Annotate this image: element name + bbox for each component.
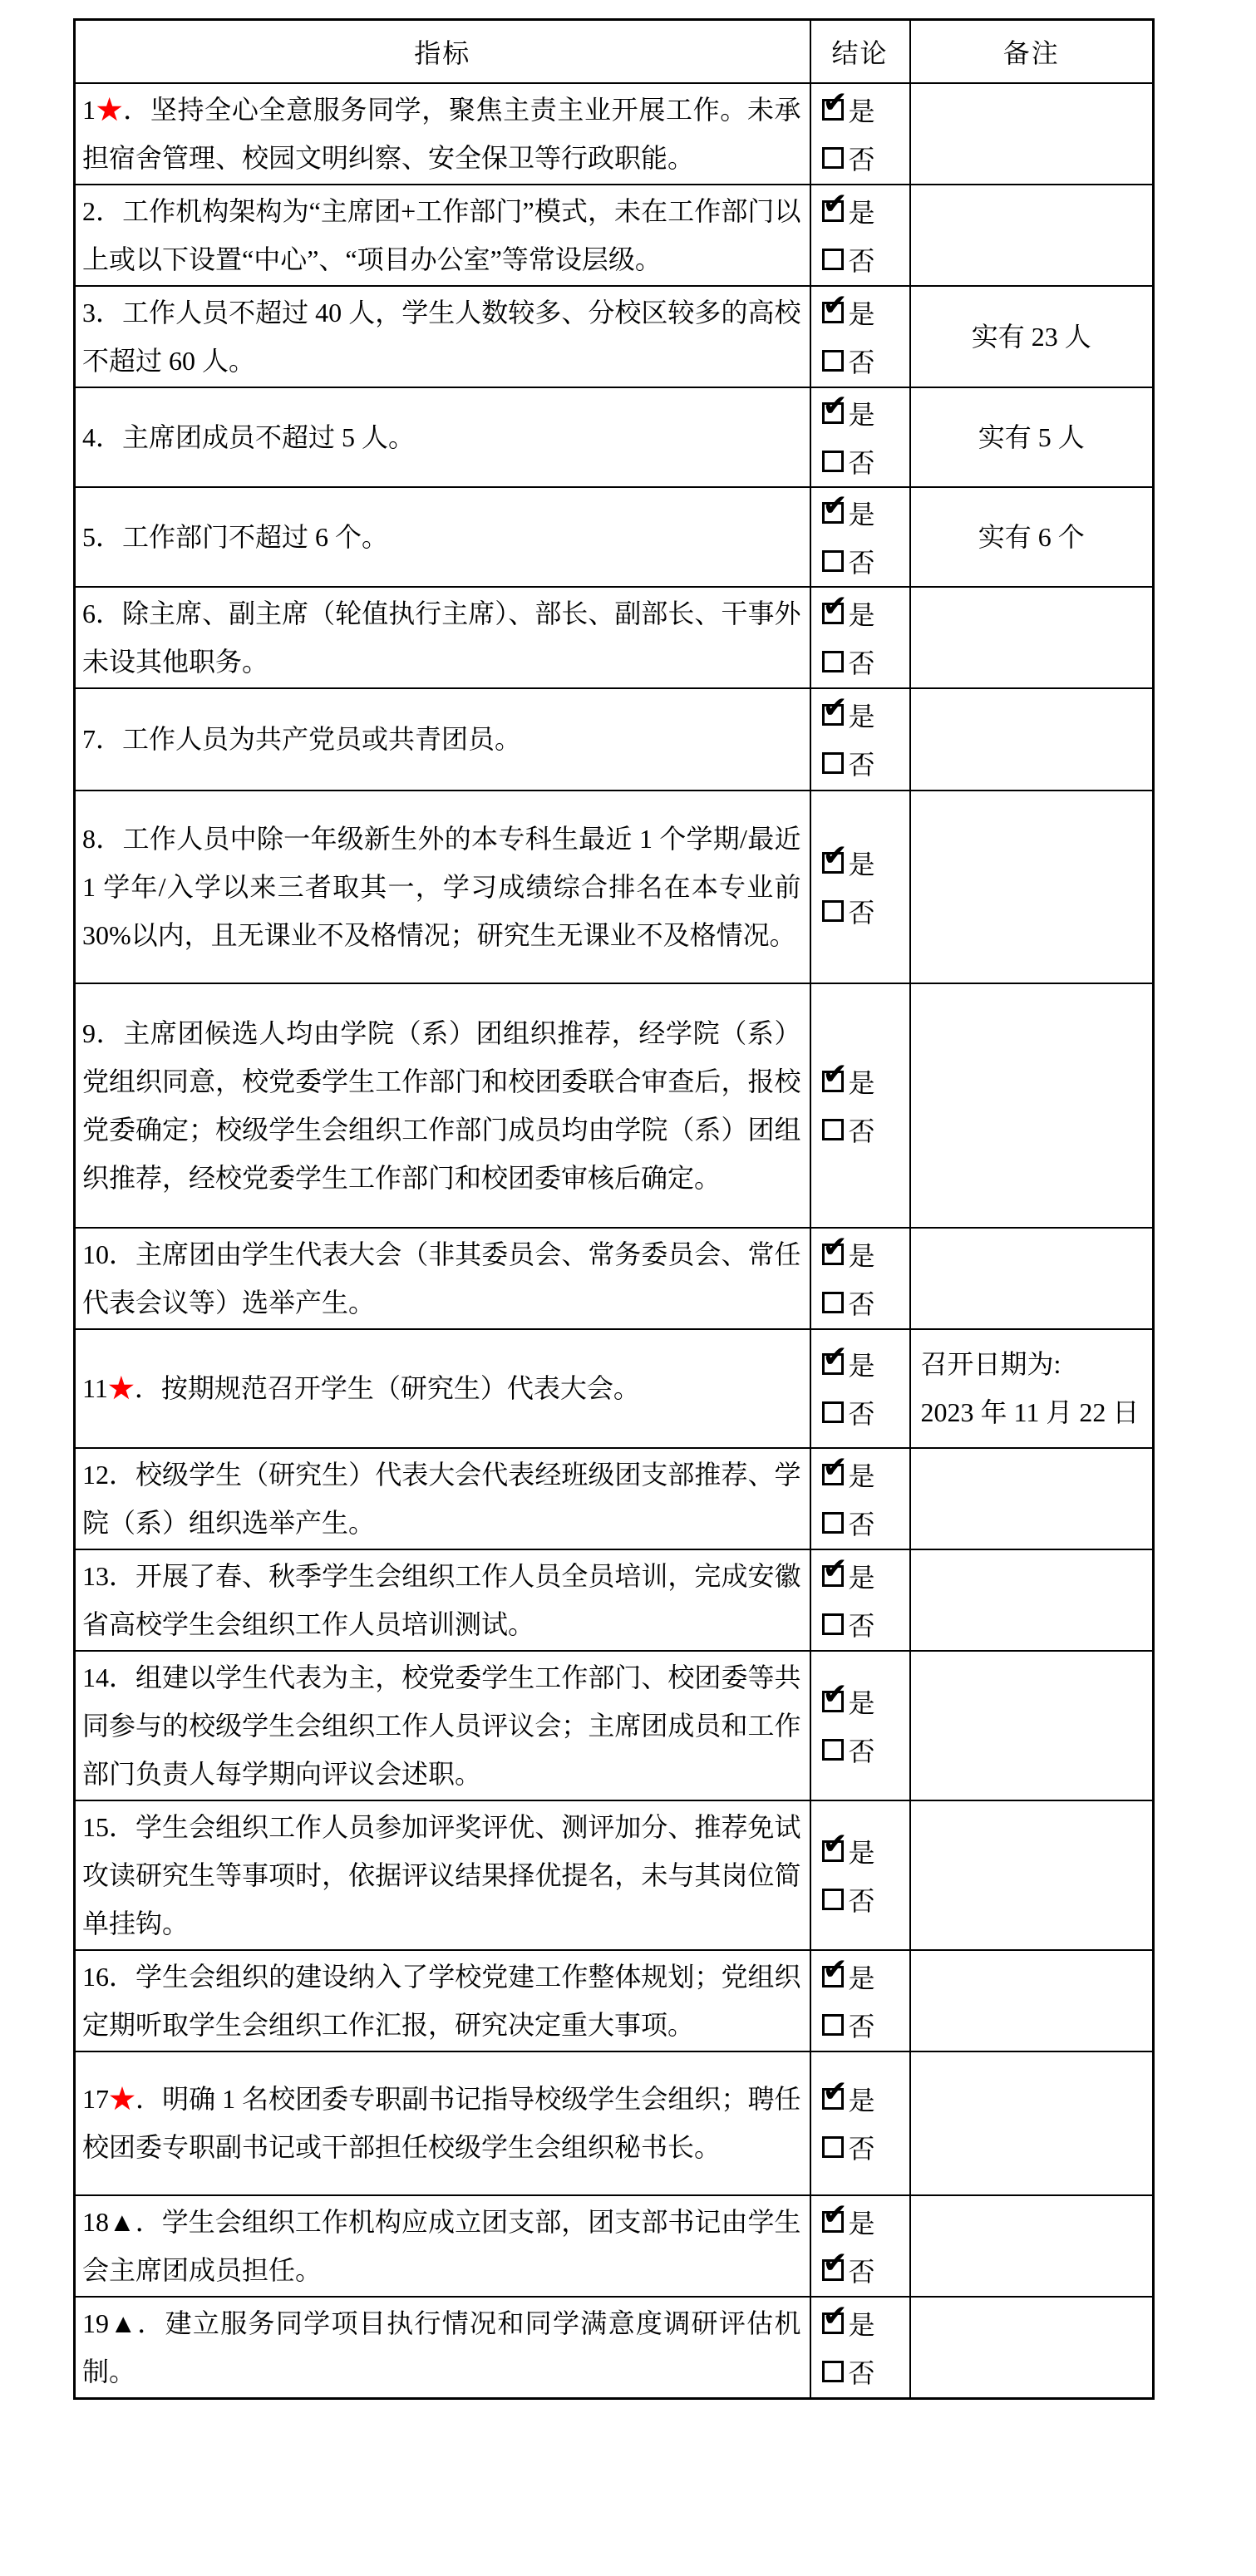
no-option: 否 — [822, 1875, 909, 1923]
yes-option: 是 — [822, 389, 909, 437]
table-row: 12．校级学生（研究生）代表大会代表经班级团支部推荐、学院（系）组织选举产生。是… — [75, 1448, 1154, 1549]
indicator-cell: 5．工作部门不超过 6 个。 — [75, 487, 810, 587]
indicator-cell: 14．组建以学生代表为主，校党委学生工作部门、校团委等共同参与的校级学生会组织工… — [75, 1651, 810, 1800]
remark-cell — [910, 83, 1154, 185]
conclusion-cell: 是否 — [810, 1549, 910, 1651]
indicator-cell: 17★．明确 1 名校团委专职副书记指导校级学生会组织；聘任校团委专职副书记或干… — [75, 2051, 810, 2195]
table-row: 11★．按期规范召开学生（研究生）代表大会。是否召开日期为:2023 年 11 … — [75, 1329, 1154, 1448]
table-row: 7．工作人员为共产党员或共青团员。是否 — [75, 688, 1154, 791]
remark-cell — [910, 688, 1154, 791]
no-option: 否 — [822, 437, 909, 485]
remark-cell: 召开日期为:2023 年 11 月 22 日 — [910, 1329, 1154, 1448]
remark-cell — [910, 791, 1154, 983]
no-option: 否 — [822, 1106, 909, 1154]
remark-text: 召开日期为: — [921, 1340, 1152, 1388]
row-number: 2 — [82, 196, 96, 226]
no-option: 否 — [822, 337, 909, 385]
star-marker-icon: ★ — [108, 1373, 135, 1403]
row-number: 5 — [82, 522, 96, 552]
yes-checkbox[interactable] — [822, 2088, 844, 2110]
no-option: 否 — [822, 887, 909, 935]
no-label: 否 — [849, 442, 875, 480]
table-row: 14．组建以学生代表为主，校党委学生工作部门、校团委等共同参与的校级学生会组织工… — [75, 1651, 1154, 1800]
remark-cell — [910, 2195, 1154, 2297]
indicator-text: ．主席团由学生代表大会（非其委员会、常务委员会、常任代表会议等）选举产生。 — [82, 1239, 801, 1318]
indicator-text: ．工作人员为共产党员或共青团员。 — [96, 724, 521, 754]
remark-cell — [910, 983, 1154, 1228]
conclusion-cell: 是否 — [810, 487, 910, 587]
yes-label: 是 — [849, 293, 875, 332]
indicator-cell: 8．工作人员中除一年级新生外的本专科生最近 1 个学期/最近 1 学年/入学以来… — [75, 791, 810, 983]
conclusion-cell: 是否 — [810, 1651, 910, 1800]
indicator-cell: 4．主席团成员不超过 5 人。 — [75, 387, 810, 487]
yes-option: 是 — [822, 2299, 909, 2347]
yes-option: 是 — [822, 489, 909, 537]
indicator-text: ．学生会组织工作人员参加评奖评优、测评加分、推荐免试攻读研究生等事项时，依据评议… — [82, 1812, 801, 1938]
table-row: 10．主席团由学生代表大会（非其委员会、常务委员会、常任代表会议等）选举产生。是… — [75, 1228, 1154, 1329]
row-number: 16 — [82, 1962, 109, 1992]
yes-checkbox[interactable] — [822, 852, 844, 874]
no-option: 否 — [822, 1388, 909, 1436]
checklist-table: 指标 结论 备注 1★．坚持全心全意服务同学，聚焦主责主业开展工作。未承担宿舍管… — [73, 18, 1155, 2400]
conclusion-cell: 是否 — [810, 185, 910, 286]
no-checkbox[interactable] — [822, 249, 844, 270]
table-row: 18▲．学生会组织工作机构应成立团支部，团支部书记由学生会主席团成员担任。是否 — [75, 2195, 1154, 2297]
table-row: 16．学生会组织的建设纳入了学校党建工作整体规划；党组织定期听取学生会组织工作汇… — [75, 1950, 1154, 2051]
remark-cell — [910, 1950, 1154, 2051]
remark-cell: 实有 6 个 — [910, 487, 1154, 587]
document-page: 指标 结论 备注 1★．坚持全心全意服务同学，聚焦主责主业开展工作。未承担宿舍管… — [0, 0, 1256, 2576]
table-row: 13．开展了春、秋季学生会组织工作人员全员培训，完成安徽省高校学生会组织工作人员… — [75, 1549, 1154, 1651]
no-option: 否 — [822, 134, 909, 182]
no-option: 否 — [822, 1726, 909, 1774]
yes-label: 是 — [849, 1557, 875, 1595]
indicator-text: ．校级学生（研究生）代表大会代表经班级团支部推荐、学院（系）组织选举产生。 — [82, 1460, 801, 1538]
no-option: 否 — [822, 1278, 909, 1327]
no-checkbox[interactable] — [822, 550, 844, 572]
table-row: 15．学生会组织工作人员参加评奖评优、测评加分、推荐免试攻读研究生等事项时，依据… — [75, 1800, 1154, 1950]
row-number: 4 — [82, 422, 96, 452]
indicator-text: ．学生会组织工作机构应成立团支部，团支部书记由学生会主席团成员担任。 — [82, 2207, 801, 2285]
indicator-cell: 7．工作人员为共产党员或共青团员。 — [75, 688, 810, 791]
yes-checkbox[interactable] — [822, 2211, 844, 2233]
row-number: 12 — [82, 1460, 109, 1490]
star-marker-icon: ★ — [109, 2084, 135, 2114]
no-checkbox[interactable] — [822, 900, 844, 922]
conclusion-cell: 是否 — [810, 1950, 910, 2051]
table-row: 1★．坚持全心全意服务同学，聚焦主责主业开展工作。未承担宿舍管理、校园文明纠察、… — [75, 83, 1154, 185]
yes-checkbox[interactable] — [822, 1464, 844, 1485]
no-label: 否 — [849, 139, 875, 177]
row-number: 19 — [82, 2308, 109, 2338]
header-remark: 备注 — [910, 20, 1154, 83]
no-option: 否 — [822, 638, 909, 686]
indicator-text: ．工作部门不超过 6 个。 — [96, 522, 388, 552]
yes-checkbox[interactable] — [822, 1244, 844, 1265]
indicator-text: ．工作人员不超过 40 人，学生人数较多、分校区较多的高校不超过 60 人。 — [82, 298, 801, 376]
conclusion-cell: 是否 — [810, 1448, 910, 1549]
row-number: 3 — [82, 298, 96, 328]
conclusion-cell: 是否 — [810, 791, 910, 983]
yes-option: 是 — [822, 2198, 909, 2246]
yes-label: 是 — [849, 2304, 875, 2342]
remark-cell — [910, 1228, 1154, 1329]
row-number: 7 — [82, 724, 96, 754]
no-label: 否 — [849, 1731, 875, 1769]
indicator-text: ．建立服务同学项目执行情况和同学满意度调研评估机制。 — [82, 2308, 801, 2386]
no-checkbox[interactable] — [822, 1739, 844, 1761]
table-row: 4．主席团成员不超过 5 人。是否实有 5 人 — [75, 387, 1154, 487]
indicator-cell: 18▲．学生会组织工作机构应成立团支部，团支部书记由学生会主席团成员担任。 — [75, 2195, 810, 2297]
remark-cell — [910, 1800, 1154, 1950]
indicator-text: ．组建以学生代表为主，校党委学生工作部门、校团委等共同参与的校级学生会组织工作人… — [82, 1662, 801, 1789]
conclusion-cell: 是否 — [810, 983, 910, 1228]
no-label: 否 — [849, 643, 875, 681]
row-number: 15 — [82, 1812, 109, 1842]
table-row: 5．工作部门不超过 6 个。是否实有 6 个 — [75, 487, 1154, 587]
no-option: 否 — [822, 739, 909, 787]
no-checkbox[interactable] — [822, 651, 844, 672]
row-number: 8 — [82, 824, 96, 854]
star-marker-icon: ★ — [96, 95, 123, 125]
header-row: 指标 结论 备注 — [75, 20, 1154, 83]
table-row: 17★．明确 1 名校团委专职副书记指导校级学生会组织；聘任校团委专职副书记或干… — [75, 2051, 1154, 2195]
yes-option: 是 — [822, 187, 909, 235]
no-option: 否 — [822, 537, 909, 585]
remark-cell — [910, 1651, 1154, 1800]
no-checkbox[interactable] — [822, 1613, 844, 1635]
remark-cell: 实有 5 人 — [910, 387, 1154, 487]
yes-option: 是 — [822, 1230, 909, 1278]
no-label: 否 — [849, 1880, 875, 1918]
remark-cell — [910, 2297, 1154, 2399]
yes-checkbox[interactable] — [822, 1840, 844, 1862]
indicator-cell: 16．学生会组织的建设纳入了学校党建工作整体规划；党组织定期听取学生会组织工作汇… — [75, 1950, 810, 2051]
table-row: 19▲．建立服务同学项目执行情况和同学满意度调研评估机制。是否 — [75, 2297, 1154, 2399]
yes-label: 是 — [849, 1062, 875, 1101]
conclusion-cell: 是否 — [810, 387, 910, 487]
indicator-cell: 6．除主席、副主席（轮值执行主席）、部长、副部长、干事外未设其他职务。 — [75, 587, 810, 688]
remark-cell — [910, 2051, 1154, 2195]
no-checkbox[interactable] — [822, 752, 844, 774]
yes-checkbox[interactable] — [822, 1966, 844, 1987]
no-label: 否 — [849, 240, 875, 278]
yes-option: 是 — [822, 1340, 909, 1388]
yes-option: 是 — [822, 1451, 909, 1499]
yes-label: 是 — [849, 1682, 875, 1721]
conclusion-cell: 是否 — [810, 1228, 910, 1329]
yes-checkbox[interactable] — [822, 200, 844, 222]
indicator-cell: 15．学生会组织工作人员参加评奖评优、测评加分、推荐免试攻读研究生等事项时，依据… — [75, 1800, 810, 1950]
yes-checkbox[interactable] — [822, 302, 844, 323]
yes-option: 是 — [822, 1057, 909, 1106]
header-indicator: 指标 — [75, 20, 810, 83]
no-checkbox[interactable] — [822, 2259, 844, 2281]
triangle-marker-icon: ▲ — [109, 2207, 135, 2237]
no-label: 否 — [849, 1283, 875, 1322]
conclusion-cell: 是否 — [810, 1329, 910, 1448]
no-label: 否 — [849, 1111, 875, 1149]
yes-label: 是 — [849, 696, 875, 734]
no-checkbox[interactable] — [822, 1292, 844, 1313]
yes-label: 是 — [849, 494, 875, 532]
row-number: 9 — [82, 1018, 96, 1048]
yes-checkbox[interactable] — [822, 603, 844, 624]
yes-label: 是 — [849, 2080, 875, 2118]
yes-option: 是 — [822, 2075, 909, 2123]
yes-checkbox[interactable] — [822, 1071, 844, 1092]
yes-option: 是 — [822, 1953, 909, 2001]
yes-option: 是 — [822, 288, 909, 337]
row-number: 11 — [82, 1373, 108, 1403]
indicator-cell: 10．主席团由学生代表大会（非其委员会、常务委员会、常任代表会议等）选举产生。 — [75, 1228, 810, 1329]
yes-label: 是 — [849, 1455, 875, 1494]
conclusion-cell: 是否 — [810, 2051, 910, 2195]
no-checkbox[interactable] — [822, 2014, 844, 2036]
conclusion-cell: 是否 — [810, 688, 910, 791]
triangle-marker-icon: ▲ — [109, 2308, 137, 2338]
conclusion-cell: 是否 — [810, 2297, 910, 2399]
indicator-cell: 11★．按期规范召开学生（研究生）代表大会。 — [75, 1329, 810, 1448]
no-option: 否 — [822, 2347, 909, 2396]
no-checkbox[interactable] — [822, 451, 844, 472]
table-row: 6．除主席、副主席（轮值执行主席）、部长、副部长、干事外未设其他职务。是否 — [75, 587, 1154, 688]
no-checkbox[interactable] — [822, 350, 844, 372]
conclusion-cell: 是否 — [810, 1800, 910, 1950]
no-checkbox[interactable] — [822, 147, 844, 169]
remark-text: 2023 年 11 月 22 日 — [921, 1388, 1152, 1436]
indicator-text: ．学生会组织的建设纳入了学校党建工作整体规划；党组织定期听取学生会组织工作汇报，… — [82, 1962, 801, 2040]
yes-label: 是 — [849, 91, 875, 129]
no-checkbox[interactable] — [822, 2361, 844, 2382]
no-label: 否 — [849, 744, 875, 782]
yes-option: 是 — [822, 1552, 909, 1600]
yes-label: 是 — [849, 1832, 875, 1870]
yes-option: 是 — [822, 691, 909, 739]
row-number: 18 — [82, 2207, 109, 2237]
indicator-cell: 12．校级学生（研究生）代表大会代表经班级团支部推荐、学院（系）组织选举产生。 — [75, 1448, 810, 1549]
remark-cell: 实有 23 人 — [910, 286, 1154, 387]
yes-checkbox[interactable] — [822, 1353, 844, 1375]
indicator-cell: 1★．坚持全心全意服务同学，聚焦主责主业开展工作。未承担宿舍管理、校园文明纠察、… — [75, 83, 810, 185]
no-label: 否 — [849, 2352, 875, 2391]
indicator-text: ．除主席、副主席（轮值执行主席）、部长、副部长、干事外未设其他职务。 — [82, 598, 801, 677]
table-row: 3．工作人员不超过 40 人，学生人数较多、分校区较多的高校不超过 60 人。是… — [75, 286, 1154, 387]
no-option: 否 — [822, 1499, 909, 1547]
yes-label: 是 — [849, 844, 875, 882]
yes-checkbox[interactable] — [822, 704, 844, 726]
indicator-text: ．坚持全心全意服务同学，聚焦主责主业开展工作。未承担宿舍管理、校园文明纠察、安全… — [82, 95, 801, 173]
no-label: 否 — [849, 342, 875, 380]
yes-checkbox[interactable] — [822, 1565, 844, 1587]
no-label: 否 — [849, 2251, 875, 2289]
indicator-cell: 9．主席团候选人均由学院（系）团组织推荐，经学院（系）党组织同意，校党委学生工作… — [75, 983, 810, 1228]
yes-label: 是 — [849, 1958, 875, 1996]
no-option: 否 — [822, 2123, 909, 2171]
conclusion-cell: 是否 — [810, 83, 910, 185]
yes-label: 是 — [849, 1345, 875, 1383]
remark-cell — [910, 1549, 1154, 1651]
yes-checkbox[interactable] — [822, 502, 844, 524]
no-label: 否 — [849, 1504, 875, 1542]
no-option: 否 — [822, 2246, 909, 2294]
yes-option: 是 — [822, 1827, 909, 1875]
row-number: 14 — [82, 1662, 109, 1692]
indicator-text: ．工作机构架构为“主席团+工作部门”模式，未在工作部门以上或以下设置“中心”、“… — [82, 196, 801, 274]
row-number: 13 — [82, 1561, 109, 1591]
yes-label: 是 — [849, 394, 875, 432]
yes-label: 是 — [849, 192, 875, 230]
remark-text: 实有 5 人 — [912, 413, 1152, 461]
no-checkbox[interactable] — [822, 1401, 844, 1423]
remark-cell — [910, 587, 1154, 688]
indicator-text: ．主席团成员不超过 5 人。 — [96, 422, 415, 452]
no-option: 否 — [822, 2001, 909, 2049]
yes-label: 是 — [849, 594, 875, 633]
no-checkbox[interactable] — [822, 1512, 844, 1534]
indicator-text: ．工作人员中除一年级新生外的本专科生最近 1 个学期/最近 1 学年/入学以来三… — [82, 824, 801, 950]
remark-text: 实有 6 个 — [912, 513, 1152, 561]
no-label: 否 — [849, 892, 875, 930]
yes-checkbox[interactable] — [822, 2312, 844, 2334]
conclusion-cell: 是否 — [810, 286, 910, 387]
conclusion-cell: 是否 — [810, 2195, 910, 2297]
yes-option: 是 — [822, 589, 909, 638]
indicator-text: ．明确 1 名校团委专职副书记指导校级学生会组织；聘任校团委专职副书记或干部担任… — [82, 2084, 800, 2162]
indicator-text: ．主席团候选人均由学院（系）团组织推荐，经学院（系）党组织同意，校党委学生工作部… — [82, 1018, 801, 1193]
row-number: 10 — [82, 1239, 109, 1269]
remark-text: 实有 23 人 — [912, 313, 1152, 361]
indicator-cell: 13．开展了春、秋季学生会组织工作人员全员培训，完成安徽省高校学生会组织工作人员… — [75, 1549, 810, 1651]
table-row: 2．工作机构架构为“主席团+工作部门”模式，未在工作部门以上或以下设置“中心”、… — [75, 185, 1154, 286]
no-label: 否 — [849, 2006, 875, 2044]
row-number: 1 — [82, 95, 96, 125]
checklist-body: 1★．坚持全心全意服务同学，聚焦主责主业开展工作。未承担宿舍管理、校园文明纠察、… — [75, 83, 1154, 2399]
table-row: 8．工作人员中除一年级新生外的本专科生最近 1 个学期/最近 1 学年/入学以来… — [75, 791, 1154, 983]
yes-checkbox[interactable] — [822, 99, 844, 121]
no-option: 否 — [822, 1600, 909, 1648]
no-option: 否 — [822, 235, 909, 283]
yes-option: 是 — [822, 1677, 909, 1726]
yes-label: 是 — [849, 1235, 875, 1273]
yes-option: 是 — [822, 839, 909, 887]
table-row: 9．主席团候选人均由学院（系）团组织推荐，经学院（系）党组织同意，校党委学生工作… — [75, 983, 1154, 1228]
indicator-text: ．按期规范召开学生（研究生）代表大会。 — [135, 1373, 640, 1403]
no-label: 否 — [849, 2128, 875, 2166]
yes-checkbox[interactable] — [822, 402, 844, 424]
row-number: 6 — [82, 598, 96, 628]
conclusion-cell: 是否 — [810, 587, 910, 688]
no-label: 否 — [849, 1605, 875, 1643]
yes-label: 是 — [849, 2203, 875, 2241]
yes-option: 是 — [822, 86, 909, 134]
header-conclusion: 结论 — [810, 20, 910, 83]
indicator-cell: 19▲．建立服务同学项目执行情况和同学满意度调研评估机制。 — [75, 2297, 810, 2399]
yes-checkbox[interactable] — [822, 1691, 844, 1712]
no-checkbox[interactable] — [822, 1889, 844, 1910]
no-checkbox[interactable] — [822, 2136, 844, 2158]
indicator-text: ．开展了春、秋季学生会组织工作人员全员培训，完成安徽省高校学生会组织工作人员培训… — [82, 1561, 801, 1639]
no-label: 否 — [849, 542, 875, 580]
indicator-cell: 3．工作人员不超过 40 人，学生人数较多、分校区较多的高校不超过 60 人。 — [75, 286, 810, 387]
remark-cell — [910, 185, 1154, 286]
no-checkbox[interactable] — [822, 1119, 844, 1140]
remark-cell — [910, 1448, 1154, 1549]
indicator-cell: 2．工作机构架构为“主席团+工作部门”模式，未在工作部门以上或以下设置“中心”、… — [75, 185, 810, 286]
no-label: 否 — [849, 1393, 875, 1431]
row-number: 17 — [82, 2084, 109, 2114]
